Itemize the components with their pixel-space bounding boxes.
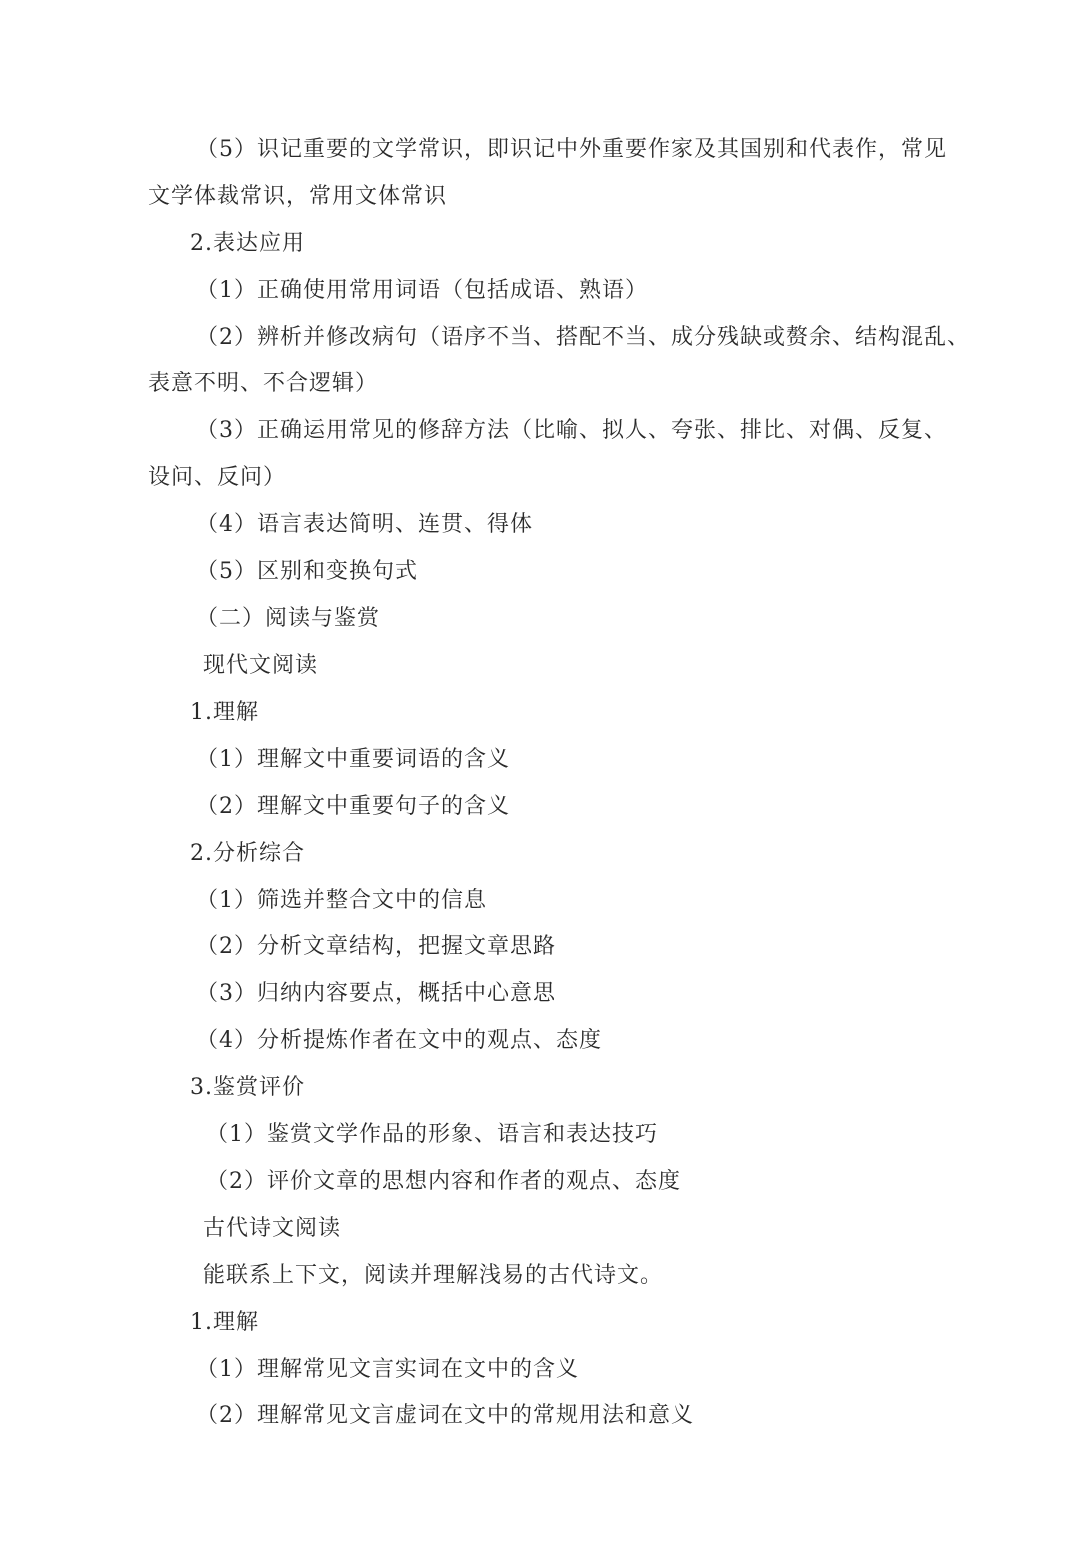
- section-heading-analysis: 2.分析综合: [190, 839, 305, 869]
- list-item-language-expression: （4）语言表达简明、连贯、得体: [196, 510, 533, 540]
- list-item-literary-appreciation: （1）鉴赏文学作品的形象、语言和表达技巧: [206, 1120, 658, 1150]
- list-item-function-words: （2）理解常见文言虚词在文中的常规用法和意义: [196, 1401, 694, 1431]
- list-item-literary-knowledge: （5）识记重要的文学常识，即识记中外重要作家及其国别和代表作，常见: [196, 135, 947, 165]
- list-item-author-view: （4）分析提炼作者在文中的观点、态度: [196, 1026, 602, 1056]
- list-item-evaluation: （2）评价文章的思想内容和作者的观点、态度: [206, 1167, 681, 1197]
- list-item-rhetoric-cont: 设问、反问）: [148, 463, 286, 493]
- list-item-structure: （2）分析文章结构，把握文章思路: [196, 932, 556, 962]
- section-heading-reading: （二）阅读与鉴赏: [196, 604, 380, 634]
- list-item-filter-info: （1）筛选并整合文中的信息: [196, 886, 487, 916]
- list-item-sentence-errors: （2）辨析并修改病句（语序不当、搭配不当、成分残缺或赘余、结构混乱、: [196, 323, 970, 353]
- section-heading-understanding-classical: 1.理解: [190, 1308, 259, 1338]
- list-item-sentence-errors-cont: 表意不明、不合逻辑）: [148, 369, 378, 399]
- list-item-literary-knowledge-cont: 文学体裁常识，常用文体常识: [148, 182, 447, 212]
- list-item-word-meaning: （1）理解文中重要词语的含义: [196, 745, 510, 775]
- list-item-rhetoric: （3）正确运用常见的修辞方法（比喻、拟人、夸张、排比、对偶、反复、: [196, 416, 947, 446]
- section-heading-appreciation: 3.鉴赏评价: [190, 1073, 305, 1103]
- paragraph-classical-intro: 能联系上下文，阅读并理解浅易的古代诗文。: [203, 1261, 663, 1291]
- list-item-main-idea: （3）归纳内容要点，概括中心意思: [196, 979, 556, 1009]
- subheading-modern-reading: 现代文阅读: [203, 651, 318, 681]
- list-item-content-words: （1）理解常见文言实词在文中的含义: [196, 1355, 579, 1385]
- document-page: （5）识记重要的文学常识，即识记中外重要作家及其国别和代表作，常见 文学体裁常识…: [0, 0, 1080, 1560]
- list-item-sentence-patterns: （5）区别和变换句式: [196, 557, 418, 587]
- list-item-sentence-meaning: （2）理解文中重要句子的含义: [196, 792, 510, 822]
- list-item-vocabulary: （1）正确使用常用词语（包括成语、熟语）: [196, 276, 648, 306]
- section-heading-expression: 2.表达应用: [190, 229, 305, 259]
- subheading-classical-reading: 古代诗文阅读: [203, 1214, 341, 1244]
- section-heading-understanding: 1.理解: [190, 698, 259, 728]
